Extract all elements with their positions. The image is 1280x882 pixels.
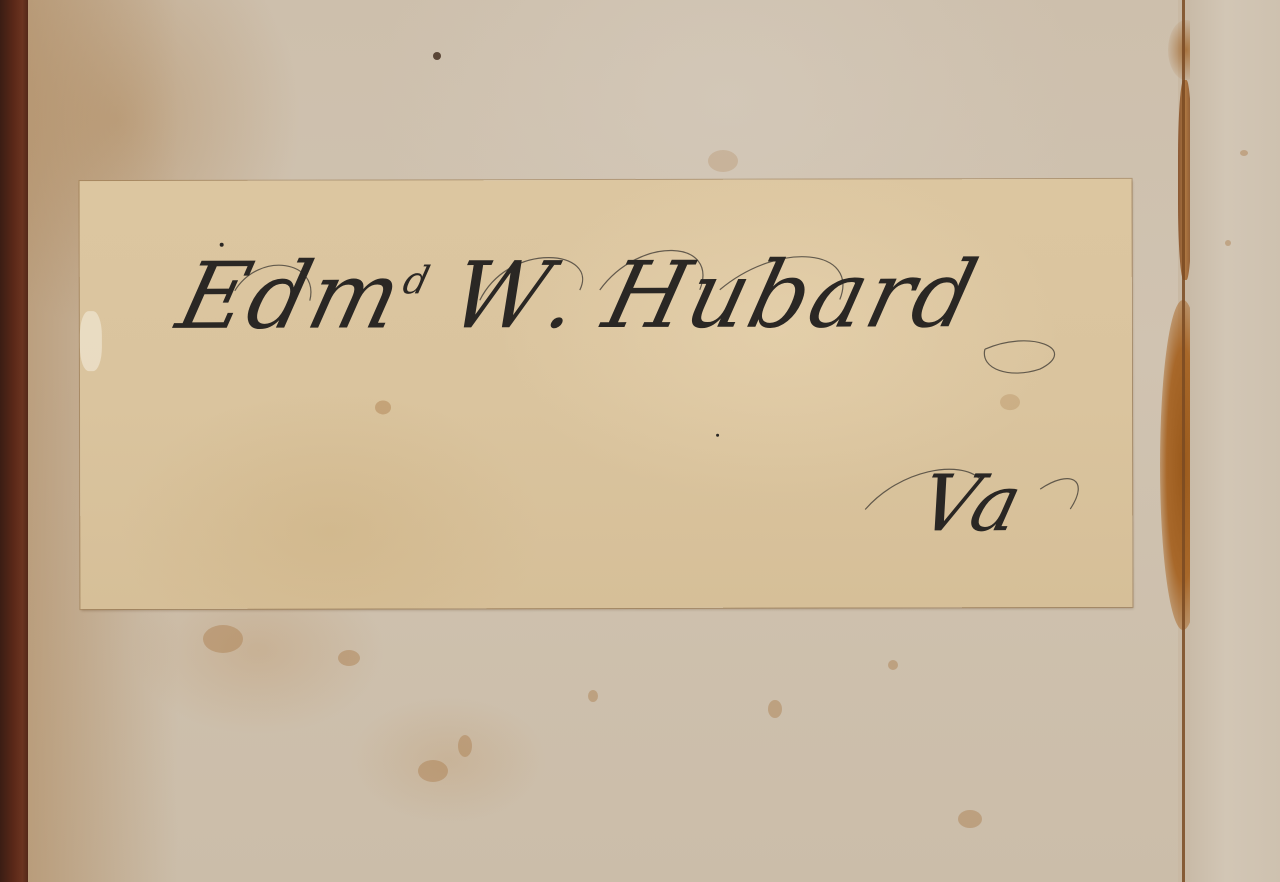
owner-place: Va	[910, 459, 1032, 549]
ink-dot	[716, 434, 719, 437]
foxing-spot	[1240, 150, 1248, 156]
foxing-spot	[708, 150, 738, 172]
gutter-fold-line	[1182, 0, 1185, 882]
given-name: Edm	[168, 242, 414, 350]
foxing-spot	[588, 690, 598, 702]
foxing-spot	[433, 52, 441, 60]
foxing-spot	[418, 760, 448, 782]
middle-initial: W	[440, 242, 563, 349]
foxing-spot	[888, 660, 898, 670]
photo-scene: Edmd W. Hubard Va	[0, 0, 1280, 882]
paper-wear-mark	[80, 311, 102, 371]
foxing-spot	[338, 650, 360, 666]
foxing-spot	[1225, 240, 1231, 246]
foxing-spot	[458, 735, 472, 757]
bookplate-label: Edmd W. Hubard Va	[80, 179, 1133, 609]
foxing-spot	[375, 400, 391, 414]
foxing-spot	[958, 810, 982, 828]
surname: Hubard	[594, 241, 989, 349]
foxing-spot	[203, 625, 243, 653]
leather-binding-edge	[0, 0, 30, 882]
foxing-spot	[768, 700, 782, 718]
owner-name: Edmd W. Hubard	[168, 241, 989, 350]
foxing-spot	[1000, 394, 1020, 410]
facing-page	[1190, 0, 1280, 882]
